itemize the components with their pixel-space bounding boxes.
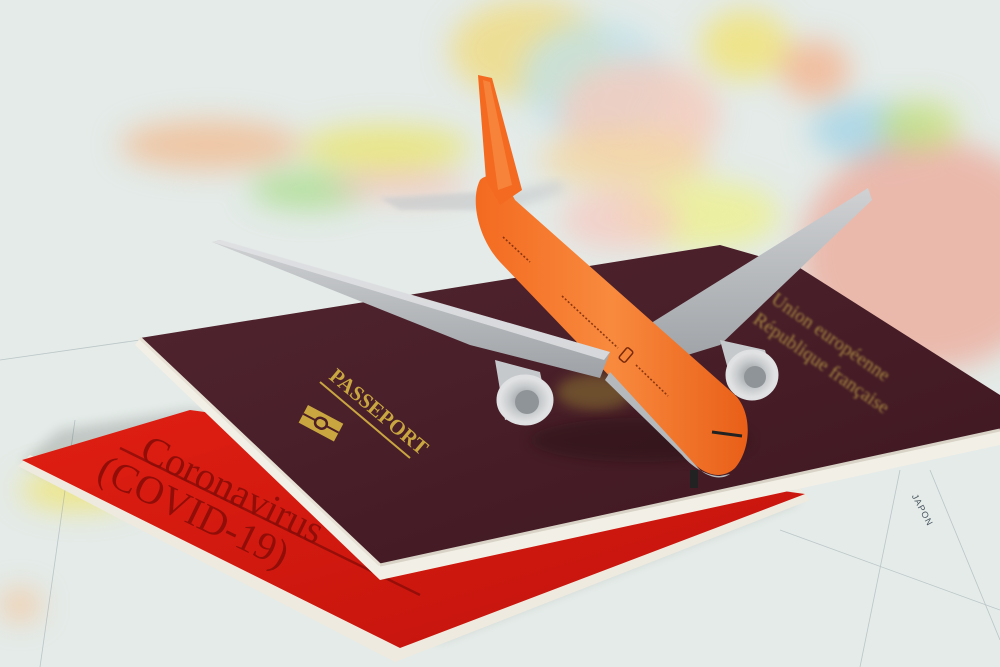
photo-scene: JAPON (0, 0, 1000, 667)
foreground-objects: Coronavirus (COVID-19) PASSEPORT Union e… (0, 0, 1000, 667)
nose-landing-gear (690, 470, 698, 488)
